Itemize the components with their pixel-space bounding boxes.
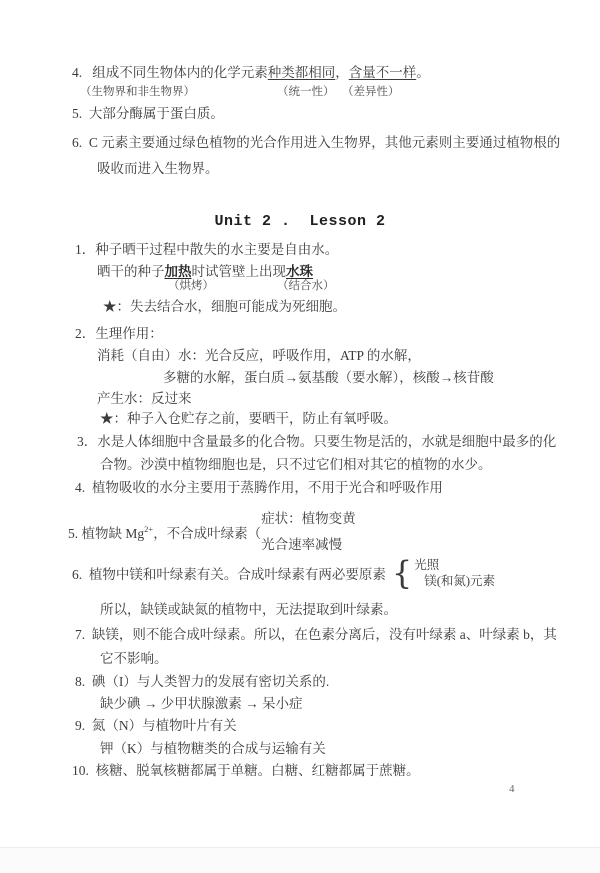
lesson-item-2-line-2: 消耗（自由）水：光合反应，呼吸作用，ATP 的水解，: [97, 346, 421, 366]
lesson-item-3-line-1: 3．水是人体细胞中含量最多的化合物。只要生物是活的，水就是细胞中最多的化: [77, 432, 556, 452]
intro-item-4-annotation-2: （统一性）: [277, 84, 335, 100]
intro-item-4-annotation-1: （生物界和非生物界）: [80, 84, 195, 100]
lesson-item-5-lead: 5. 植物缺 Mg2+，不合成叶绿素（: [68, 522, 261, 542]
lesson-item-1-star-note: ★：失去结合水，细胞可能成为死细胞。: [103, 297, 346, 317]
lesson-item-2-line-3: 多糖的水解，蛋白质→氨基酸（要水解），核酸→核苷酸: [163, 368, 494, 388]
item-5-tail-text: ，不合成叶绿素（: [153, 526, 261, 541]
lesson-item-9-line-2: 钾（K）与植物糖类的合成与运输有关: [100, 739, 326, 759]
intro-item-4-text-3: 。: [416, 65, 430, 80]
magnesium-ion-superscript: 2+: [144, 524, 153, 534]
lesson-item-7-line-2: 它不影响。: [100, 649, 168, 669]
intro-item-6-line-1: 6. C 元素主要通过绿色植物的光合作用进入生物界，其他元素则主要通过植物根的: [72, 133, 560, 153]
item-1-bold-underline-2: 水珠: [286, 264, 313, 279]
intro-item-4-underline-2: 含量不一样: [349, 65, 417, 80]
lesson-item-6-lead: 6. 植物中镁和叶绿素有关。合成叶绿素有两必要原素: [72, 563, 386, 583]
left-brace-glyph: {: [392, 556, 412, 590]
lesson-item-5-effect-1: 症状：植物变黄: [261, 506, 356, 532]
lesson-item-2-line-4: 产生水：反过来: [97, 389, 192, 409]
lesson-item-10-line: 10. 核糖、脱氧核糖都属于单糖。白糖、红糖都属于蔗糖。: [72, 761, 420, 781]
intro-item-6-line-2: 吸收而进入生物界。: [97, 159, 219, 179]
intro-item-4-text-1: 4. 组成不同生物体内的化学元素: [72, 65, 268, 80]
lesson-item-8-line-1: 8. 碘（I）与人类智力的发展有密切关系的.: [75, 672, 329, 692]
lesson-item-3-line-2: 合物。沙漠中植物细胞也是，只不过它们相对其它的植物的水少。: [100, 455, 492, 475]
lesson-item-1-line-1: 1．种子晒干过程中散失的水主要是自由水。: [75, 240, 338, 260]
intro-item-4-text-2: ，: [335, 65, 349, 80]
lesson-item-6-option-2: 镁(和氮)元素: [424, 573, 495, 589]
intro-item-5-line: 5. 大部分酶属于蛋白质。: [72, 104, 224, 124]
intro-item-4-annotation-3: （差异性）: [342, 84, 400, 100]
lesson-item-6-line-2: 所以，缺镁或缺氮的植物中，无法提取到叶绿素。: [100, 600, 397, 620]
lesson-item-4-line: 4. 植物吸收的水分主要用于蒸腾作用，不用于光合和呼吸作用: [75, 478, 443, 498]
lesson-item-6-option-1: 光照: [414, 557, 495, 573]
page-number: 4: [509, 783, 515, 795]
item-1-text-1: 晒干的种子: [97, 264, 165, 279]
item-1-text-2: 时试管壁上出现: [192, 264, 287, 279]
lesson-item-1-annotation-1: （烘烤）: [168, 278, 214, 294]
lesson-item-7-line-1: 7. 缺镁，则不能合成叶绿素。所以，在色素分离后，没有叶绿素 a、叶绿素 b，其: [75, 625, 557, 645]
section-heading: Unit 2 . Lesson 2: [0, 213, 600, 230]
lesson-item-5-effects: 症状：植物变黄 光合速率减慢: [261, 506, 356, 558]
lesson-item-9-line-1: 9. 氮（N）与植物叶片有关: [75, 716, 237, 736]
item-1-bold-underline-1: 加热: [165, 264, 192, 279]
item-5-lead-text: 5. 植物缺 Mg: [68, 526, 144, 541]
lesson-item-5-group: 5. 植物缺 Mg2+，不合成叶绿素（ 症状：植物变黄 光合速率减慢: [68, 506, 356, 558]
lesson-item-1-annotation-2: （结合水）: [277, 278, 335, 294]
intro-item-4-underline-1: 种类都相同: [268, 65, 336, 80]
lesson-item-6-options: 光照 镁(和氮)元素: [414, 557, 495, 589]
lesson-item-8-line-2: 缺少碘 → 少甲状腺激素 → 呆小症: [100, 694, 303, 714]
intro-item-4-line: 4. 组成不同生物体内的化学元素种类都相同，含量不一样。: [72, 63, 430, 83]
lesson-item-2-star-note: ★：种子入仓贮存之前，要晒干，防止有氧呼吸。: [100, 409, 397, 429]
lesson-item-5-effect-2: 光合速率减慢: [261, 532, 356, 558]
lesson-item-2-line-1: 2．生理作用：: [75, 324, 163, 344]
lesson-item-6-group: 6. 植物中镁和叶绿素有关。合成叶绿素有两必要原素 { 光照 镁(和氮)元素: [72, 556, 495, 590]
scan-edge-shade: [0, 848, 600, 873]
document-page: 4. 组成不同生物体内的化学元素种类都相同，含量不一样。 （生物界和非生物界） …: [0, 0, 600, 873]
